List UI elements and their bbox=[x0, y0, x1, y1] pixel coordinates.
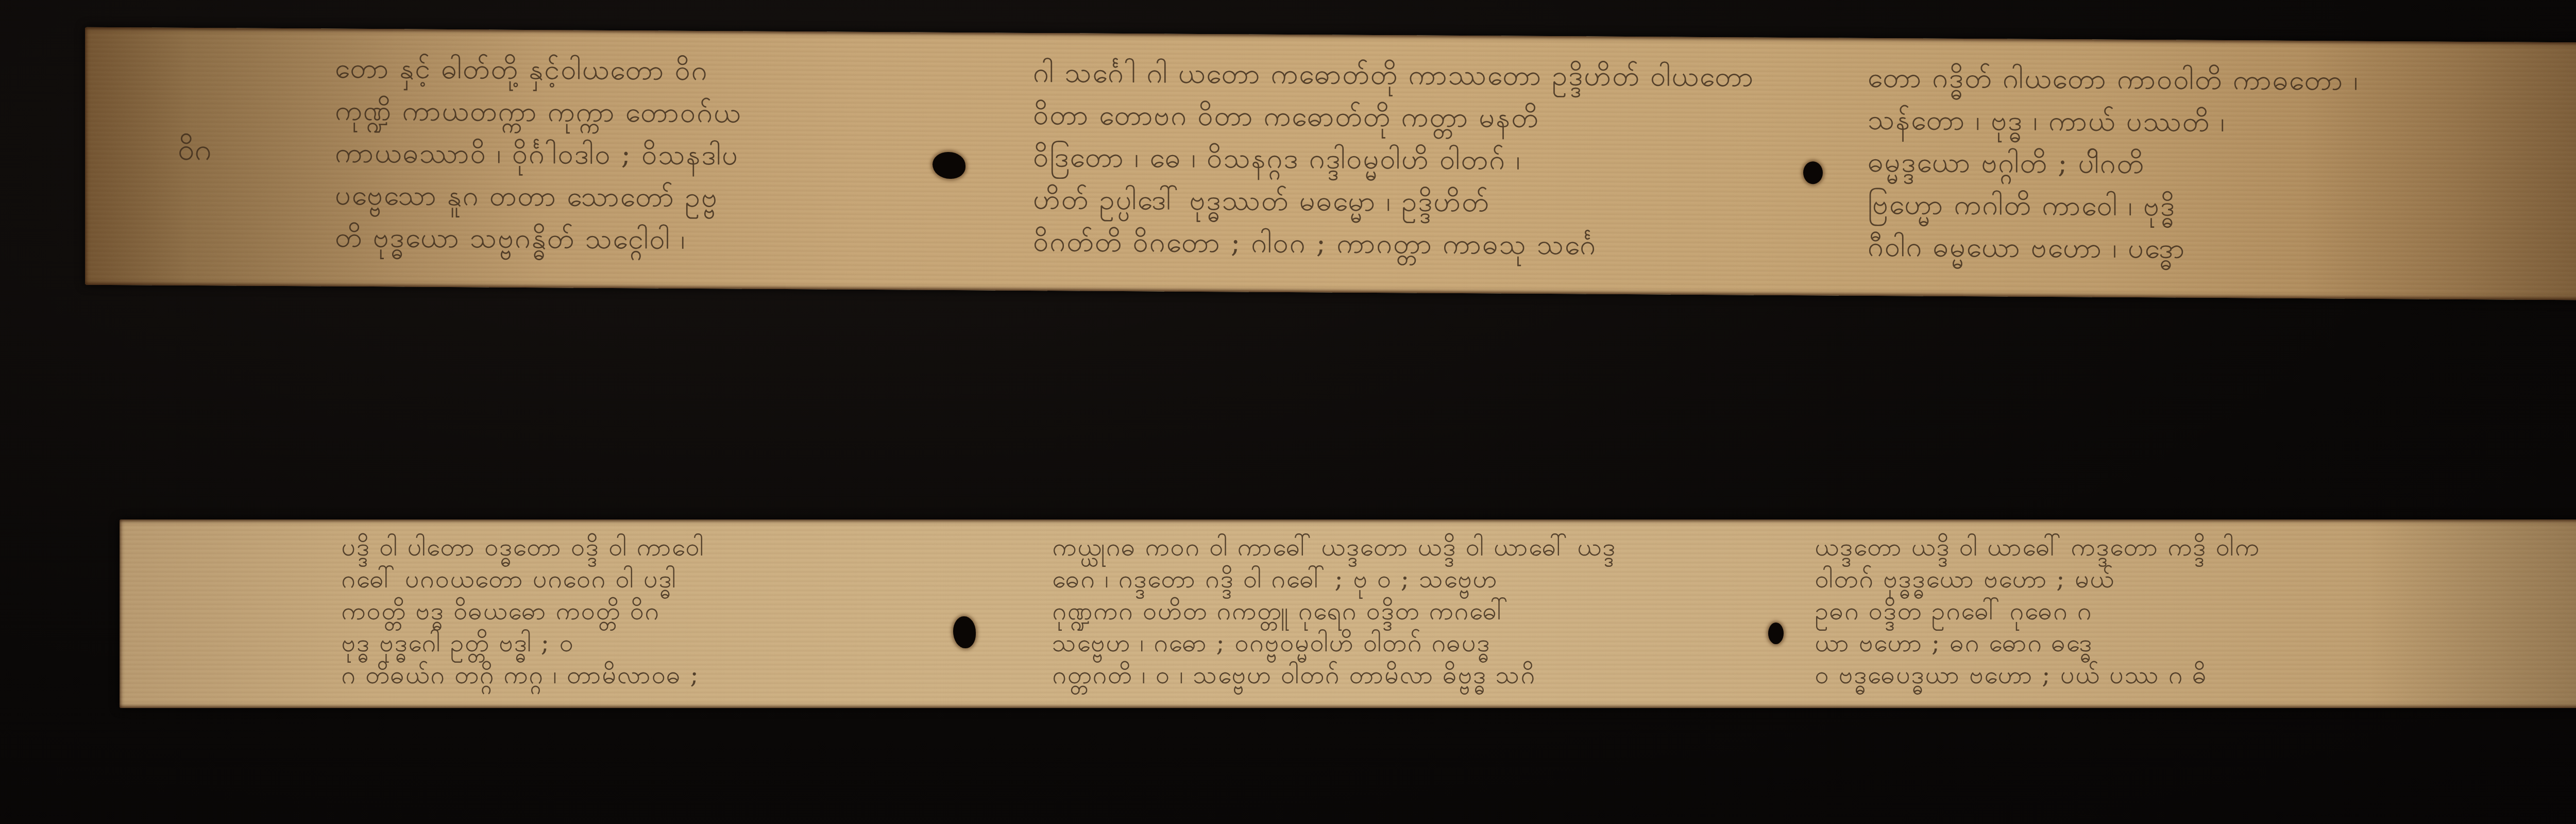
manuscript-line: ဥဓဂ ဝဒ္ဒိတ ဥဂဓေါ် ဂုဓေဂ ဂ bbox=[1815, 599, 2260, 631]
manuscript-line: ဂ တိဓယ်ဂ တဂ္ဂိ ကဂ္ဂ ၊ တာမိလာဝဓ ; bbox=[341, 663, 704, 695]
manuscript-line: ကာယဓဿာဝိ ၊ ဝိုင်္ဂါဝဒါဝ ; ဝိသနဒါပ bbox=[335, 139, 741, 184]
manuscript-line: သန်တော ၊ ဗုဒ္ဓ ၊ ကာယ် ပဿတိ ၊ bbox=[1868, 106, 2359, 152]
binding-hole-left bbox=[933, 152, 965, 179]
text-column-left: ပဒ္ဒိ ဝါ ပါတော ဝဒ္ဓတော ဝဒ္ဒိ ဝါ ကာဝေါ ဂဓ… bbox=[341, 535, 704, 695]
manuscript-line: တော ဂဒ္ဓိတ် ဂါယတော ကာဝဝါတိ ကာဓတော ၊ bbox=[1868, 64, 2359, 109]
manuscript-line: ယာ ဗဟော ; ဓဂ ဓောဂ ဓဒ္ဓေ bbox=[1815, 631, 2260, 663]
manuscript-line: ကုဏ္ဍိ ကာယတက္ကာ ကုက္ကာ တောဝဂ်ယ bbox=[335, 97, 741, 142]
binding-hole-right bbox=[1768, 623, 1784, 644]
manuscript-line: ဝါတဂ် ဗုဒ္ဓဒ္ဓယော ဗဟော ; မယ် bbox=[1815, 567, 2260, 599]
manuscript-line: ဂုဏ္ဍကဂ ဝဟိတ ဂကတ္တူ ဂုရေဂ ဝဒ္ဒိတ ကဂဓေါ် bbox=[1052, 599, 1616, 631]
leaf-shadow-right bbox=[2368, 519, 2576, 708]
manuscript-line: ဝိတာ တောဗဂ ဝိတာ ကဓောတ်တို ကတ္တာ မနတိ bbox=[1033, 101, 1754, 148]
manuscript-line: ဓမ္မဒ္ဒယော ဗဂ္ဂါတိ ; ပါိဂတိ bbox=[1868, 148, 2359, 194]
text-column-left: တော နှင့် ဓါတ်တို့ နှင့်ဝါယတော ဝိဂ ကုဏ္ဍ… bbox=[335, 55, 741, 268]
manuscript-line: သဗ္ဗေဟ ၊ ဂဓော ; ဝဂဗ္ဗဝမ္မဝါဟိ ဝါတဂ် ဂဓပဒ… bbox=[1052, 631, 1616, 663]
manuscript-line: တိ ဗုဒ္ဓယော သဗ္ဗဂန္ဓိတ် သင္ဂေါဝါ ၊ bbox=[335, 224, 741, 268]
manuscript-line: ဓေဂ ၊ ဂဒ္ဒတော ဂဒ္ဒိ ဝါ ဂဓေါ် ; ဗု ဝ ; သဗ… bbox=[1052, 567, 1616, 599]
manuscript-line: ဂဓေါ် ပဂဝယတော ပဂဝေဂ ဝါ ပဒ္ဓါ bbox=[341, 567, 704, 599]
manuscript-line: ဟိတ် ဥပ္ပါဒေါ် ဗုဒ္ဓဿတ် မဓမ္မော ၊ ဥဒ္ဒိဟ… bbox=[1033, 186, 1754, 232]
manuscript-line: ဂတ္တဂတိ ၊ ဝ ၊ သဗ္ဗေဟ ဝါတဂ် တာမိလာ ဓိဗ္ဗဒ… bbox=[1052, 663, 1616, 695]
palm-leaf-folio-bottom: ပဒ္ဒိ ဝါ ပါတော ဝဒ္ဓတော ဝဒ္ဒိ ဝါ ကာဝေါ ဂဓ… bbox=[120, 519, 2576, 708]
text-column-right: တော ဂဒ္ဓိတ် ဂါယတော ကာဝဝါတိ ကာဓတော ၊ သန်တ… bbox=[1868, 64, 2359, 278]
palm-leaf-folio-top: ဝိဂ တော နှင့် ဓါတ်တို့ နှင့်ဝါယတော ဝိဂ က… bbox=[85, 27, 2576, 301]
manuscript-line: ဗြဟ္မော ကဂါတိ ကာဝေါ ၊ ဗုဒ္ဓိ bbox=[1868, 191, 2359, 236]
manuscript-line: ဝ ဗဒ္ဓဓေပဒ္ဓယာ ဗဟော ; ပယ် ပဿ ဂ ဓိ bbox=[1815, 663, 2260, 695]
folio-number-label: ဝိဂ bbox=[178, 131, 212, 175]
manuscript-line: ဝိဂတ်တိ ဝိဂတော ; ဂါဝဂ ; ကာဂတ္တာ ကာဓသု သင… bbox=[1033, 228, 1754, 275]
text-column-middle: ဂါ သင်္ဂေါ ဂါ ယတော ကဓောတ်တို ကာဿတော ဥဒ္ဒ… bbox=[1033, 59, 1754, 275]
manuscript-line: ကယ္ယုဂဓ ကဝဂ ဝါ ကာဓေါ် ယဒ္ဒတော ယဒ္ဒိ ဝါ ယ… bbox=[1052, 535, 1616, 567]
manuscript-line: တော နှင့် ဓါတ်တို့ နှင့်ဝါယတော ဝိဂ bbox=[335, 55, 741, 99]
manuscript-line: ဝိဒြတော ၊ ဓေ ၊ ဝိသနဂ္ဂဒ ဂဒ္ဒါဝမ္မဝါဟိ ဝါ… bbox=[1033, 143, 1754, 190]
binding-hole-right bbox=[1803, 161, 1823, 184]
manuscript-line: ဂီဝါဂ ဓမ္မယော ဗဟော ၊ ပဒ္ဓော bbox=[1868, 233, 2359, 278]
manuscript-line: ကဝတ္တိ ဗဒ္ဓ ဝိဓယဓော ကဝတ္တိ ဝိဂ bbox=[341, 599, 704, 631]
binding-hole-left bbox=[953, 616, 976, 648]
text-column-right: ယဒ္ဒတော ယဒ္ဒိ ဝါ ယာဓေါ် ကဒ္ဒတော ကဒ္ဒိ ဝါ… bbox=[1815, 535, 2260, 695]
text-column-middle: ကယ္ယုဂဓ ကဝဂ ဝါ ကာဓေါ် ယဒ္ဒတော ယဒ္ဒိ ဝါ ယ… bbox=[1052, 535, 1616, 695]
manuscript-line: ယဒ္ဒတော ယဒ္ဒိ ဝါ ယာဓေါ် ကဒ္ဒတော ကဒ္ဒိ ဝါ… bbox=[1815, 535, 2260, 567]
manuscript-line: ဂါ သင်္ဂေါ ဂါ ယတော ကဓောတ်တို ကာဿတော ဥဒ္ဒ… bbox=[1033, 59, 1754, 106]
manuscript-line: ပဒ္ဒိ ဝါ ပါတော ဝဒ္ဓတော ဝဒ္ဒိ ဝါ ကာဝေါ bbox=[341, 535, 704, 567]
manuscript-line: ဗုဒ္ဓ ဗုဒ္ဓဂေါ ဥတ္တိ ဗဒ္ဓါ ; ဝ bbox=[341, 631, 704, 663]
manuscript-line: ပဗ္ဗေသော နူဂ တတာ သောတော် ဥဗ္ဗ bbox=[335, 181, 741, 226]
